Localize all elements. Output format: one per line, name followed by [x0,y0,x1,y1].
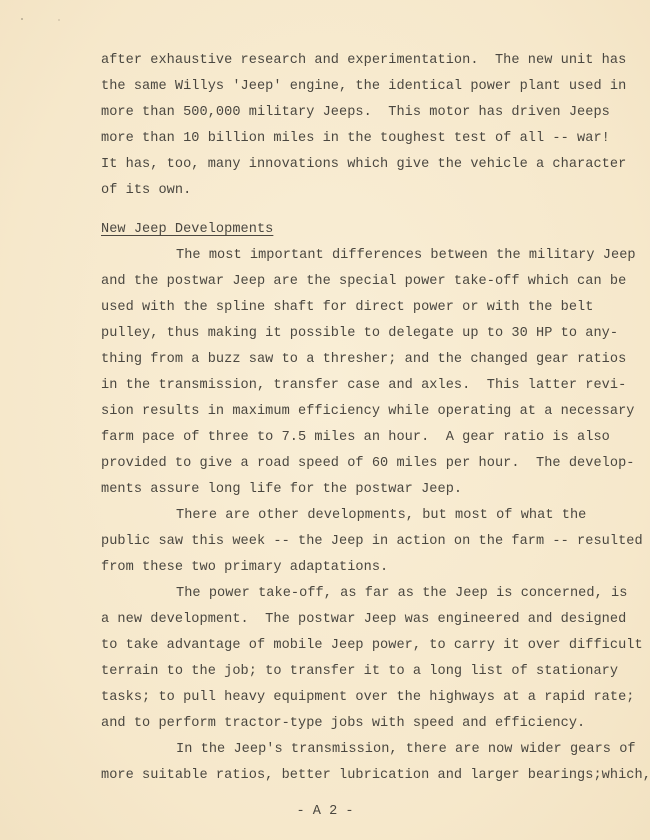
text-line: to take advantage of mobile Jeep power, … [101,638,643,654]
text-line: a new development. The postwar Jeep was … [101,612,626,628]
text-line: terrain to the job; to transfer it to a … [101,664,618,680]
text-line: more suitable ratios, better lubrication… [101,768,650,784]
text-line: pulley, thus making it possible to deleg… [101,326,618,342]
text-line: after exhaustive research and experiment… [101,53,626,69]
page-number: - A 2 - [0,804,650,819]
text-line: the same Willys 'Jeep' engine, the ident… [101,79,626,95]
text-line: sion results in maximum efficiency while… [101,404,635,420]
text-line: ments assure long life for the postwar J… [101,482,462,498]
text-line: farm pace of three to 7.5 miles an hour.… [101,430,610,446]
text-line: from these two primary adaptations. [101,560,388,576]
text-line: There are other developments, but most o… [176,508,586,524]
text-line: in the transmission, transfer case and a… [101,378,626,394]
text-line: and to perform tractor-type jobs with sp… [101,716,585,732]
paper-speck [21,18,23,20]
text-line: The most important differences between t… [176,248,636,264]
text-line: more than 500,000 military Jeeps. This m… [101,105,610,121]
text-line: provided to give a road speed of 60 mile… [101,456,635,472]
section-heading: New Jeep Developments [101,222,273,238]
document-page: after exhaustive research and experiment… [0,0,650,840]
text-line: The power take-off, as far as the Jeep i… [176,586,627,602]
text-line: It has, too, many innovations which give… [101,157,626,173]
text-line: public saw this week -- the Jeep in acti… [101,534,643,550]
text-line: thing from a buzz saw to a thresher; and… [101,352,626,368]
text-line: used with the spline shaft for direct po… [101,300,593,316]
text-line: In the Jeep's transmission, there are no… [176,742,636,758]
text-line: and the postwar Jeep are the special pow… [101,274,626,290]
text-line: more than 10 billion miles in the toughe… [101,131,610,147]
text-line: tasks; to pull heavy equipment over the … [101,690,635,706]
paper-speck [58,19,60,21]
text-line: of its own. [101,183,191,199]
